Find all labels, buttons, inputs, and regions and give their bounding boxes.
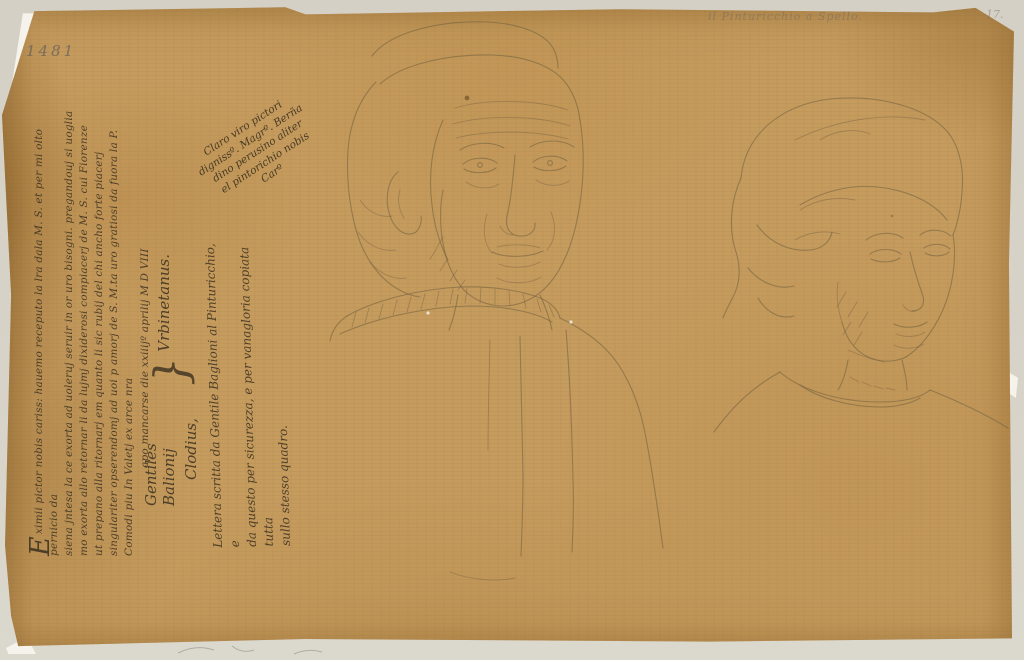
paper-chip-speck [569, 320, 572, 323]
portrait-sketches-layer [0, 0, 1024, 660]
ink-fleck-small [891, 215, 894, 218]
ink-fleck [465, 96, 470, 101]
paper-chip-speck [426, 311, 429, 314]
portrait-sketch-right [714, 98, 1008, 432]
portrait-sketch-left [330, 22, 663, 580]
mount-pencil-marks [178, 646, 322, 654]
scanned-drawing-page: 1481 il Pinturicchio a Spello. 17. Eximi… [0, 0, 1024, 660]
